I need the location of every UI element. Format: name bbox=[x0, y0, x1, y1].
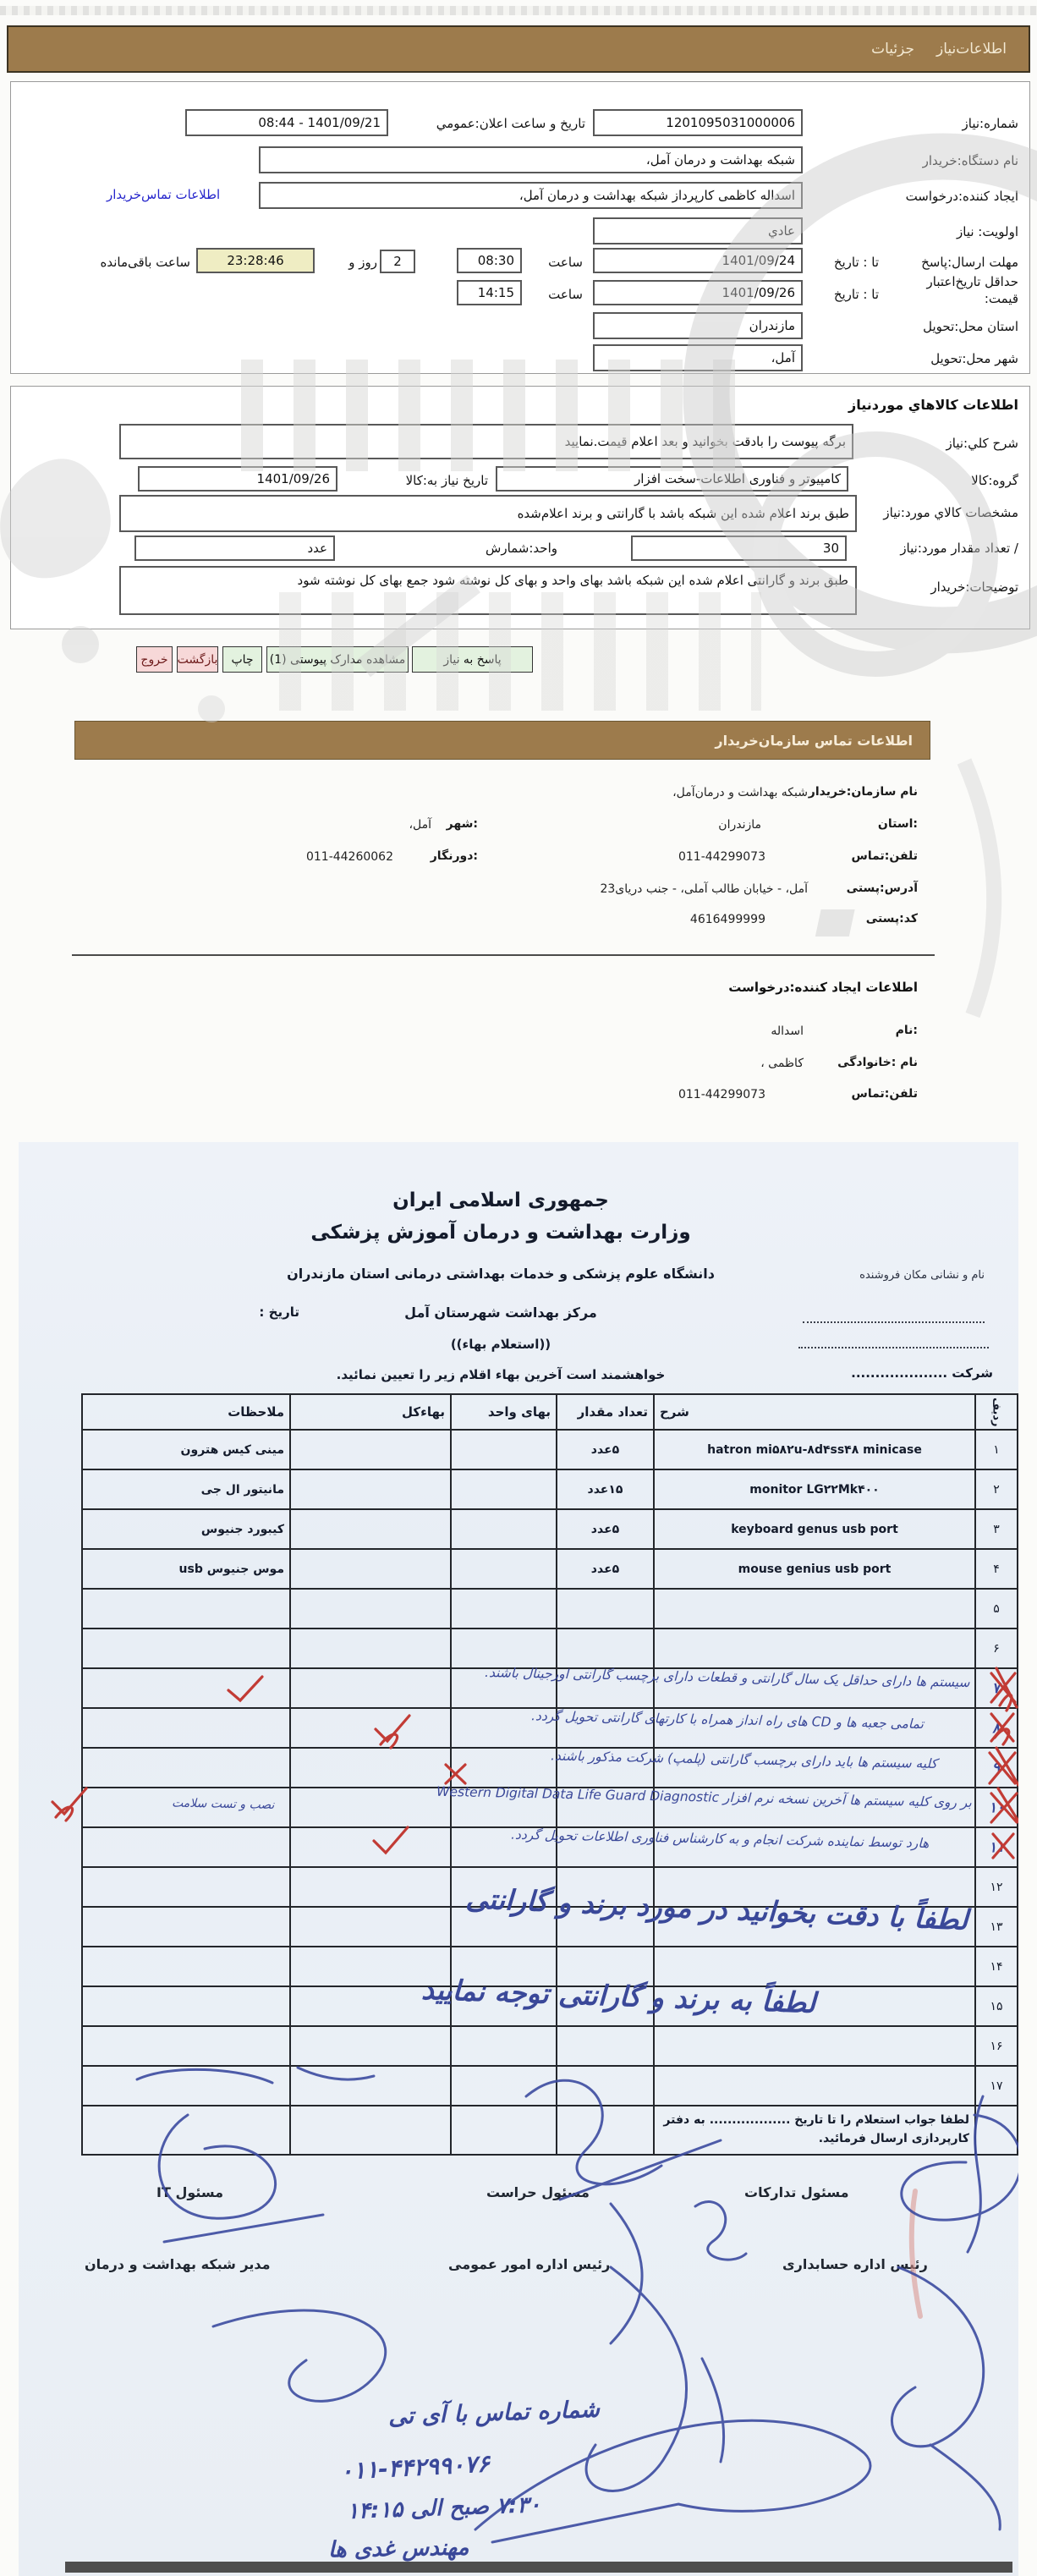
cell-remarks: موس جنیوس usb bbox=[82, 1549, 290, 1589]
top-decorative-strip bbox=[0, 6, 1037, 15]
cell-remarks bbox=[82, 1907, 290, 1947]
address-label: آدرس:پستی bbox=[847, 882, 918, 895]
contact-phone-label: تلفن:تماس bbox=[852, 849, 918, 863]
buyer-notes-value: طبق برند و گارانتی اعلام شده این شبکه با… bbox=[298, 572, 848, 590]
header-unit-price: بهای واحد bbox=[451, 1394, 557, 1430]
table-row: ۳ keyboard genus usb port ۵عدد کیبورد جن… bbox=[82, 1509, 1018, 1549]
table-row: ۱ hatron mi۵۸۲u-۸d۴ss۴۸ minicase ۵عدد می… bbox=[82, 1430, 1018, 1469]
validity-time-value: 14:15 bbox=[478, 285, 514, 300]
tab-bar: اطلاعات‌نیاز جزئیات bbox=[7, 25, 1030, 73]
cell-total-price bbox=[290, 1509, 451, 1549]
cell-desc: hatron mi۵۸۲u-۸d۴ss۴۸ minicase bbox=[654, 1430, 975, 1469]
fax-label: :دورنگار bbox=[431, 849, 478, 863]
cell-remarks bbox=[82, 2066, 290, 2106]
cell-no: ۳ bbox=[975, 1509, 1018, 1549]
cell-no-handwritten: ۱۰ bbox=[975, 1788, 1018, 1827]
cell-desc bbox=[654, 2066, 975, 2106]
cell-qty: ۵عدد bbox=[557, 1509, 654, 1549]
cell-remarks bbox=[82, 2106, 290, 2155]
contact-city-label: :شهر bbox=[447, 817, 478, 831]
tab-details[interactable]: جزئیات bbox=[871, 41, 914, 58]
cell-no: ۱ bbox=[975, 1430, 1018, 1469]
table-row: ۱۷ bbox=[82, 2066, 1018, 2106]
cell-desc: keyboard genus usb port bbox=[654, 1509, 975, 1549]
cell-no: ۱۳ bbox=[975, 1907, 1018, 1947]
creator-section-heading: اطلاعات ایجاد کننده:درخواست bbox=[728, 980, 918, 995]
contact-province-value: مازندران bbox=[718, 818, 761, 832]
cell-qty bbox=[557, 2106, 654, 2155]
delivery-city-label: شهر محل:تحویل bbox=[930, 351, 1018, 366]
cell-no: ۱۲ bbox=[975, 1867, 1018, 1907]
request-creator-field[interactable]: اسداله کاظمی کارپرداز شبکه بهداشت و درما… bbox=[259, 182, 803, 209]
cell-total-price bbox=[290, 1867, 451, 1907]
cell-remarks bbox=[82, 1629, 290, 1668]
need-date-field[interactable]: 1401/09/26 bbox=[138, 466, 337, 492]
cell-remarks bbox=[82, 2026, 290, 2066]
signature-title-it: مسئول IT bbox=[156, 2184, 223, 2200]
cell-no: ۱۵ bbox=[975, 1986, 1018, 2026]
org-name-value: شبکه بهداشت و درمان‌آمل، bbox=[672, 786, 808, 799]
cell-unit-price bbox=[451, 1469, 557, 1509]
first-name-value: اسداله bbox=[771, 1024, 804, 1038]
cell-qty: ۵عدد bbox=[557, 1549, 654, 1589]
cell-total-price bbox=[290, 1589, 451, 1629]
cell-desc: mouse genius usb port bbox=[654, 1549, 975, 1589]
cell-remarks: مانیتور ال جی bbox=[82, 1469, 290, 1509]
cell-unit-price bbox=[451, 1509, 557, 1549]
cell-total-price bbox=[290, 1549, 451, 1589]
deadline-date-field[interactable]: 1401/09/24 bbox=[593, 248, 803, 273]
remaining-label: ساعت باقی‌مانده bbox=[100, 255, 190, 270]
priority-field[interactable]: عادي bbox=[593, 217, 803, 244]
signature-title-network-manager: مدیر شبکه بهداشت و درمان bbox=[85, 2256, 271, 2272]
tab-need-info[interactable]: اطلاعات‌نیاز bbox=[936, 41, 1007, 58]
handwritten-phone-note-line2: ۰۱۱-۴۴۲۹۹۰۷۶ bbox=[339, 2449, 491, 2485]
scan-bottom-edge bbox=[65, 2562, 1012, 2573]
announce-datetime-label: تاریخ و ساعت اعلان:عمومي bbox=[436, 116, 585, 131]
handwritten-phone-note-line4: مهندس غدی ها bbox=[327, 2535, 469, 2563]
cell-no: ۶ bbox=[975, 1629, 1018, 1668]
delivery-province-value: مازندران bbox=[749, 318, 795, 333]
handwritten-row-number: ۱۰ bbox=[988, 1799, 1005, 1816]
creator-phone-label: تلفن:تماس bbox=[852, 1087, 918, 1101]
cell-remarks bbox=[82, 1589, 290, 1629]
seller-name-label: نام و نشانی مکان فروشنده bbox=[859, 1269, 985, 1282]
validity-date-field[interactable]: 1401/09/26 bbox=[593, 280, 803, 305]
last-name-label: نام :خانوادگی bbox=[837, 1056, 918, 1069]
cell-desc: monitor LG۲۲Mk۴۰۰ bbox=[654, 1469, 975, 1509]
general-desc-label: شرح کلي:نیاز bbox=[946, 436, 1018, 451]
view-attachments-button[interactable]: مشاهده مدارک پیوستی (1) bbox=[266, 646, 409, 673]
need-date-label: تاریخ نیاز به:کالا bbox=[406, 473, 488, 488]
cell-no: ۲ bbox=[975, 1469, 1018, 1509]
goods-group-label: گروه:کالا bbox=[971, 473, 1018, 488]
until-date-label: تا : تاریخ bbox=[834, 255, 879, 270]
paper-company-label: شرکت .................... bbox=[851, 1365, 993, 1381]
cell-qty: ۵عدد bbox=[557, 1430, 654, 1469]
cell-unit-price bbox=[451, 2066, 557, 2106]
days-remaining-box: 2 bbox=[380, 250, 415, 273]
response-deadline-label: مهلت ارسال:پاسخ bbox=[921, 255, 1018, 270]
deadline-date-value: 1401/09/24 bbox=[722, 253, 795, 268]
price-validity-label-line2: قیمت: bbox=[985, 292, 1018, 306]
paper-subtitle: ((استعلام بهاء)) bbox=[19, 1337, 983, 1352]
handwritten-remark-row10: نصب و تست سلامت bbox=[171, 1796, 274, 1812]
announce-datetime-value: 08:44 - 1401/09/21 bbox=[258, 115, 381, 130]
validity-hour-label: ساعت bbox=[548, 287, 583, 302]
table-footer-row: لطفا جواب استعلام را تا تاریخ ..........… bbox=[82, 2106, 1018, 2155]
org-name-label: نام سازمان:خریدار bbox=[809, 785, 918, 799]
contact-province-label: :استان bbox=[878, 817, 918, 831]
cell-qty bbox=[557, 2066, 654, 2106]
buyer-org-field[interactable]: شبکه بهداشت و درمان آمل، bbox=[259, 146, 803, 173]
buyer-org-label: نام دستگاه:خریدار bbox=[923, 153, 1018, 168]
cell-desc bbox=[654, 1629, 975, 1668]
goods-group-value: کامپیوتر و فناوری اطلاعات-سخت افزار bbox=[634, 471, 841, 486]
footer-note-cell: لطفا جواب استعلام را تا تاریخ ..........… bbox=[654, 2106, 975, 2155]
unit-value: عدد bbox=[307, 541, 327, 556]
buyer-org-value: شبکه بهداشت و درمان آمل، bbox=[646, 152, 795, 168]
cell-unit-price bbox=[451, 2026, 557, 2066]
delivery-province-label: استان محل:تحویل bbox=[923, 319, 1018, 334]
cell-unit-price bbox=[451, 2106, 557, 2155]
cell-remarks bbox=[82, 1748, 290, 1788]
buyer-contact-heading-text: اطلاعات تماس سازمان‌خریدار bbox=[715, 733, 913, 749]
validity-time-field[interactable]: 14:15 bbox=[457, 280, 522, 305]
cell-total-price bbox=[290, 2106, 451, 2155]
cell-qty bbox=[557, 1589, 654, 1629]
need-info-panel: شماره:نیاز 1201095031000006 تاریخ و ساعت… bbox=[10, 81, 1030, 374]
cell-desc bbox=[654, 1947, 975, 1986]
goods-info-panel: اطلاعات کالاهاي موردنیاز شرح کلي:نیاز بر… bbox=[10, 386, 1030, 629]
seller-dotted-line-2 bbox=[798, 1347, 989, 1348]
cell-desc bbox=[654, 2026, 975, 2066]
deadline-time-field[interactable]: 08:30 bbox=[457, 248, 522, 273]
last-name-value: کاظمی ، bbox=[760, 1057, 804, 1070]
request-creator-label: ایجاد کننده:درخواست bbox=[906, 189, 1018, 204]
need-date-value: 1401/09/26 bbox=[257, 471, 330, 486]
general-desc-value: برگه پیوست را بادقت بخوانید و بعد اعلام … bbox=[565, 434, 846, 449]
header-row-no: ردیف bbox=[975, 1394, 1018, 1430]
cell-no-handwritten: ۱۱ bbox=[975, 1827, 1018, 1867]
cell-no: ۱۷ bbox=[975, 2066, 1018, 2106]
general-desc-field[interactable]: برگه پیوست را بادقت بخوانید و بعد اعلام … bbox=[119, 424, 853, 459]
priority-value: عادي bbox=[768, 223, 795, 239]
back-button[interactable]: بازگشت bbox=[177, 646, 218, 673]
cell-unit-price bbox=[451, 1629, 557, 1668]
exit-button[interactable]: خروج bbox=[136, 646, 173, 673]
goods-specs-field[interactable]: طبق برند اعلام شده این شبکه باشد با گارا… bbox=[119, 495, 857, 532]
creator-phone-value: 011-44299073 bbox=[678, 1088, 765, 1101]
cell-total-price bbox=[290, 2066, 451, 2106]
cell-qty: ۱۵عدد bbox=[557, 1469, 654, 1509]
cell-remarks bbox=[82, 1668, 290, 1708]
cell-unit-price bbox=[451, 1748, 557, 1788]
table-row: ۴ mouse genius usb port ۵عدد موس جنیوس u… bbox=[82, 1549, 1018, 1589]
handwritten-row-number: ۱۱ bbox=[988, 1838, 1005, 1856]
cell-total-price bbox=[290, 1907, 451, 1947]
contact-city-value: آمل، bbox=[409, 818, 431, 832]
announce-datetime-field[interactable]: 08:44 - 1401/09/21 bbox=[185, 109, 388, 136]
priority-label: اولویت: نیاز bbox=[957, 224, 1018, 239]
goods-specs-label: مشخصات کالاي مورد:نیاز bbox=[883, 505, 1018, 520]
handwritten-row-number: ۸ bbox=[992, 1719, 1001, 1737]
header-remarks: ملاحظات bbox=[82, 1394, 290, 1430]
handwritten-row-number: ۹ bbox=[992, 1759, 1001, 1777]
qty-label: / تعداد مقدار مورد:نیاز bbox=[900, 541, 1018, 556]
buyer-notes-field[interactable]: طبق برند و گارانتی اعلام شده این شبکه با… bbox=[119, 566, 857, 615]
need-number-value: 1201095031000006 bbox=[666, 115, 795, 130]
days-label: روز و bbox=[348, 255, 377, 270]
cell-qty bbox=[557, 1629, 654, 1668]
paper-center-name: مرکز بهداشت شهرستان آمل bbox=[19, 1304, 983, 1321]
goods-specs-value: طبق برند اعلام شده این شبکه باشد با گارا… bbox=[518, 506, 849, 521]
cell-total-price bbox=[290, 1430, 451, 1469]
signature-title-accounting: رئیس اداره حسابداری bbox=[782, 2256, 928, 2272]
section-divider bbox=[72, 954, 935, 956]
cell-no-handwritten: ۹ bbox=[975, 1748, 1018, 1788]
delivery-city-value: آمل، bbox=[771, 350, 795, 365]
scanned-inquiry-document: جمهوری اسلامی ایران وزارت بهداشت و درمان… bbox=[19, 1142, 1018, 2576]
paper-date-label: تاریخ : bbox=[259, 1304, 299, 1320]
handwritten-row-number: ۷ bbox=[992, 1679, 1001, 1697]
fax-value: 011-44260062 bbox=[306, 850, 393, 864]
days-remaining-value: 2 bbox=[393, 254, 402, 269]
validity-date-value: 1401/09/26 bbox=[722, 285, 795, 300]
until-date-label-2: تا : تاریخ bbox=[834, 287, 879, 302]
buyer-contact-link[interactable]: اطلاعات تماس‌خریدار bbox=[107, 187, 220, 202]
request-creator-value: اسداله کاظمی کارپرداز شبکه بهداشت و درما… bbox=[519, 188, 795, 203]
cell-unit-price bbox=[451, 1549, 557, 1589]
first-name-label: :نام bbox=[896, 1024, 918, 1037]
postal-code-value: 4616499999 bbox=[690, 913, 765, 926]
cell-desc bbox=[654, 1589, 975, 1629]
cell-no: ۴ bbox=[975, 1549, 1018, 1589]
need-number-field[interactable]: 1201095031000006 bbox=[593, 109, 803, 136]
cell-total-price bbox=[290, 1629, 451, 1668]
table-row: ۱۶ bbox=[82, 2026, 1018, 2066]
header-total-price: بهاءکل bbox=[290, 1394, 451, 1430]
inquiry-table: ردیف شرح تعداد مقدار بهای واحد بهاءکل مل… bbox=[81, 1393, 1018, 2156]
paper-title-country: جمهوری اسلامی ایران bbox=[19, 1189, 983, 1211]
cell-no-handwritten: ۷ bbox=[975, 1668, 1018, 1708]
cell-total-price bbox=[290, 1469, 451, 1509]
table-row: ۵ bbox=[82, 1589, 1018, 1629]
cell-qty bbox=[557, 2026, 654, 2066]
delivery-city-field[interactable]: آمل، bbox=[593, 344, 803, 371]
delivery-province-field[interactable]: مازندران bbox=[593, 312, 803, 339]
header-description: شرح bbox=[654, 1394, 975, 1430]
cell-no: ۵ bbox=[975, 1589, 1018, 1629]
handwritten-phone-note-line1: شماره تماس با آی تی bbox=[388, 2397, 601, 2430]
contact-phone-value: 011-44299073 bbox=[678, 850, 765, 864]
unit-label: واحد:شمارش bbox=[486, 541, 557, 556]
cell-no: ۱۶ bbox=[975, 2026, 1018, 2066]
price-validity-label-line1: حداقل تاریخ‌اعتبار bbox=[927, 275, 1018, 289]
deadline-time-value: 08:30 bbox=[478, 253, 514, 268]
signature-title-security: مسئول حراست bbox=[486, 2184, 590, 2200]
cell-no-handwritten: ۸ bbox=[975, 1708, 1018, 1748]
cell-remarks bbox=[82, 1708, 290, 1748]
paper-request-line: خواهشمند است آخرین بهاء اقلام زیر را تعی… bbox=[19, 1367, 983, 1382]
cell-total-price bbox=[290, 2026, 451, 2066]
goods-group-field[interactable]: کامپیوتر و فناوری اطلاعات-سخت افزار bbox=[496, 466, 848, 492]
cell-total-price bbox=[290, 1708, 451, 1748]
signature-title-general-affairs: رئیس اداره امور عمومی bbox=[448, 2256, 610, 2272]
cell-remarks bbox=[82, 1986, 290, 2026]
cell-remarks: مینی کیس هترون bbox=[82, 1430, 290, 1469]
cell-no: ۱۴ bbox=[975, 1947, 1018, 1986]
time-remaining-box: 23:28:46 bbox=[196, 248, 315, 273]
postal-code-label: کد:پستی bbox=[866, 912, 918, 925]
buyer-notes-label: توضیحات:خریدار bbox=[930, 579, 1018, 595]
respond-button[interactable]: پاسخ به نیاز bbox=[412, 646, 533, 673]
cell-unit-price bbox=[451, 1589, 557, 1629]
cell-remarks bbox=[82, 1827, 290, 1867]
table-row: ۶ bbox=[82, 1629, 1018, 1668]
cell-remarks bbox=[82, 1947, 290, 1986]
cell-unit-price bbox=[451, 1430, 557, 1469]
cell-no bbox=[975, 2106, 1018, 2155]
page: { "colors": { "accent_brown": "#9d7b4c",… bbox=[0, 0, 1037, 2576]
unit-field[interactable]: عدد bbox=[134, 536, 335, 561]
handwritten-phone-note-line3: ۷:۳۰ صبح الی ۱۴:۱۵ bbox=[346, 2492, 540, 2524]
cell-remarks bbox=[82, 1867, 290, 1907]
buyer-contact-header: اطلاعات تماس سازمان‌خریدار bbox=[74, 721, 930, 760]
print-button[interactable]: چاپ bbox=[222, 646, 262, 673]
seller-dotted-line-1 bbox=[803, 1321, 985, 1323]
address-value: آمل، - خیابان طالب آملی، - جنب دریای23 bbox=[600, 882, 808, 896]
table-row: ۲ monitor LG۲۲Mk۴۰۰ ۱۵عدد مانیتور ال جی bbox=[82, 1469, 1018, 1509]
need-number-label: شماره:نیاز bbox=[963, 116, 1018, 131]
cell-total-price bbox=[290, 1788, 451, 1827]
cell-remarks: کیبورد جنیوس bbox=[82, 1509, 290, 1549]
deadline-hour-label: ساعت bbox=[548, 255, 583, 270]
header-quantity: تعداد مقدار bbox=[557, 1394, 654, 1430]
paper-title-university: دانشگاه علوم پزشکی و خدمات بهداشتی درمان… bbox=[19, 1266, 983, 1282]
cell-total-price bbox=[290, 1827, 451, 1867]
qty-field[interactable]: 30 bbox=[631, 536, 847, 561]
time-remaining-value: 23:28:46 bbox=[227, 253, 283, 268]
paper-title-ministry: وزارت بهداشت و درمان آموزش پزشکی bbox=[19, 1222, 983, 1244]
signature-title-procurement: مسئول تدارکات bbox=[744, 2184, 849, 2200]
table-header-row: ردیف شرح تعداد مقدار بهای واحد بهاءکل مل… bbox=[82, 1394, 1018, 1430]
goods-section-heading: اطلاعات کالاهاي موردنیاز bbox=[848, 397, 1018, 413]
qty-value: 30 bbox=[823, 541, 839, 556]
cell-total-price bbox=[290, 1668, 451, 1708]
cell-total-price bbox=[290, 1748, 451, 1788]
